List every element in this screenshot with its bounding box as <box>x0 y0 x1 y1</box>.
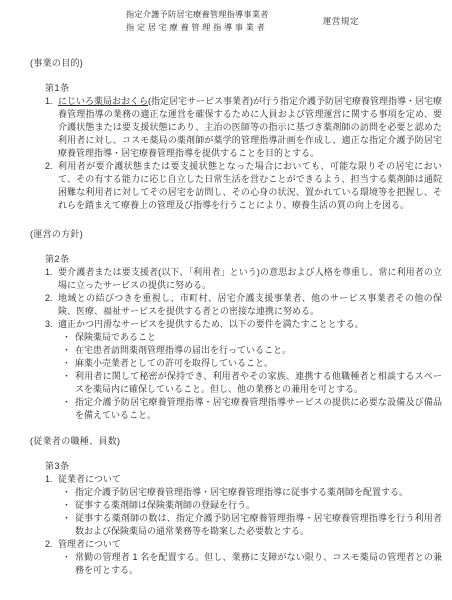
item-number: 3. <box>45 318 58 331</box>
item-number: 2. <box>45 160 58 212</box>
bullet-list-item: ・ 指定介護予防居宅療養管理指導・居宅療養管理指導に従事する薬剤師を配置する。 <box>62 486 442 499</box>
item-text: 要介護者または要支援者(以下、「利用者」という)の意思および人格を尊重し、常に利… <box>58 266 442 292</box>
item-number: 1. <box>45 473 58 486</box>
bullet-list-item: ・ 従事する薬剤師の数は、指定介護予防居宅療養管理指導・居宅療養管理指導を行う利… <box>62 512 442 538</box>
bullet-text: 従事する薬剤師は保険薬剤師の登録を行う。 <box>75 499 442 512</box>
bullet-text: 麻薬小売業者としての許可を取得していること。 <box>75 357 442 370</box>
bullet-icon: ・ <box>62 370 75 396</box>
bullet-text: 在宅患者訪問薬剤管理指導の届出を行っていること。 <box>75 344 442 357</box>
item-text: 利用者が要介護状態または要支援状態となった場合においても、可能な限りその居宅にお… <box>58 160 442 212</box>
list-item: 1. 従業者について <box>45 473 442 486</box>
section-heading-staff: (従業者の職種、員数) <box>30 435 452 448</box>
doc-type-label: 運営規定 <box>323 15 359 28</box>
section-heading-purpose: (事業の目的) <box>30 57 452 70</box>
document-page: 指定介護予防居宅療養管理指導事業者 指定居宅療養管理指導事業者 運営規定 (事業… <box>0 0 452 600</box>
section-heading-policy: (運営の方針) <box>30 228 452 241</box>
bullet-list-item: ・ 常勤の管理者 1 名を配置する。但し、業務に支障がない限り、コスモ薬局の管理… <box>62 551 442 577</box>
bullet-icon: ・ <box>62 396 75 422</box>
list-item: 2. 管理者について <box>45 538 442 551</box>
article-2-title: 第2条 <box>45 253 452 266</box>
bullet-icon: ・ <box>62 331 75 344</box>
item-number: 1. <box>45 95 58 160</box>
list-item: 1. 要介護者または要支援者(以下、「利用者」という)の意思および人格を尊重し、… <box>45 266 442 292</box>
bullet-text: 常勤の管理者 1 名を配置する。但し、業務に支障がない限り、コスモ薬局の管理者と… <box>75 551 442 577</box>
bullet-text: 保険薬局であること <box>75 331 442 344</box>
list-item: 1. にじいろ薬局おおくら(指定居宅サービス事業者)が行う指定介護予防居宅療養管… <box>45 95 442 160</box>
bullet-text: 従事する薬剤師の数は、指定介護予防居宅療養管理指導・居宅療養管理指導を行う利用者… <box>75 512 442 538</box>
list-item: 3. 適正かつ円滑なサービスを提供するため、以下の要件を満たすこととする。 <box>45 318 442 331</box>
title-line-2: 指定居宅療養管理指導事業者 <box>126 21 269 34</box>
article-1-title: 第1条 <box>45 82 452 95</box>
item-text: 地域との結びつきを重視し、市町村、居宅介護支援事業者、他のサービス事業者その他の… <box>58 292 442 318</box>
bullet-icon: ・ <box>62 499 75 512</box>
bullet-list-item: ・ 麻薬小売業者としての許可を取得していること。 <box>62 357 442 370</box>
bullet-icon: ・ <box>62 344 75 357</box>
bullet-text: 指定介護予防居宅療養管理指導・居宅療養管理指導サービスの提供に必要な設備及び備品… <box>75 396 442 422</box>
bullet-list-item: ・ 従事する薬剤師は保険薬剤師の登録を行う。 <box>62 499 442 512</box>
bullet-text: 指定介護予防居宅療養管理指導・居宅療養管理指導に従事する薬剤師を配置する。 <box>75 486 442 499</box>
item-text: 従業者について <box>58 473 442 486</box>
item-number: 2. <box>45 538 58 551</box>
bullet-text: 利用者に関して秘密が保持でき、利用者やその家族、連携する他職種者と相談するスペー… <box>75 370 442 396</box>
item-text: にじいろ薬局おおくら(指定居宅サービス事業者)が行う指定介護予防居宅療養管理指導… <box>58 95 442 160</box>
bullet-icon: ・ <box>62 357 75 370</box>
bullet-list-item: ・ 指定介護予防居宅療養管理指導・居宅療養管理指導サービスの提供に必要な設備及び… <box>62 396 442 422</box>
title-line-1: 指定介護予防居宅療養管理指導事業者 <box>126 8 269 21</box>
document-title: 指定介護予防居宅療養管理指導事業者 指定居宅療養管理指導事業者 <box>126 8 269 34</box>
pharmacy-name-underline: にじいろ薬局おおくら <box>58 96 148 106</box>
item-text: 適正かつ円滑なサービスを提供するため、以下の要件を満たすこととする。 <box>58 318 442 331</box>
item-text: 管理者について <box>58 538 442 551</box>
bullet-list-item: ・ 在宅患者訪問薬剤管理指導の届出を行っていること。 <box>62 344 442 357</box>
bullet-icon: ・ <box>62 486 75 499</box>
list-item: 2. 利用者が要介護状態または要支援状態となった場合においても、可能な限りその居… <box>45 160 442 212</box>
bullet-list-item: ・ 保険薬局であること <box>62 331 442 344</box>
list-item: 2. 地域との結びつきを重視し、市町村、居宅介護支援事業者、他のサービス事業者そ… <box>45 292 442 318</box>
document-header: 指定介護予防居宅療養管理指導事業者 指定居宅療養管理指導事業者 運営規定 <box>126 8 452 34</box>
item-number: 1. <box>45 266 58 292</box>
item-number: 2. <box>45 292 58 318</box>
bullet-list-item: ・ 利用者に関して秘密が保持でき、利用者やその家族、連携する他職種者と相談するス… <box>62 370 442 396</box>
article-3-title: 第3条 <box>45 460 452 473</box>
bullet-icon: ・ <box>62 551 75 577</box>
bullet-icon: ・ <box>62 512 75 538</box>
